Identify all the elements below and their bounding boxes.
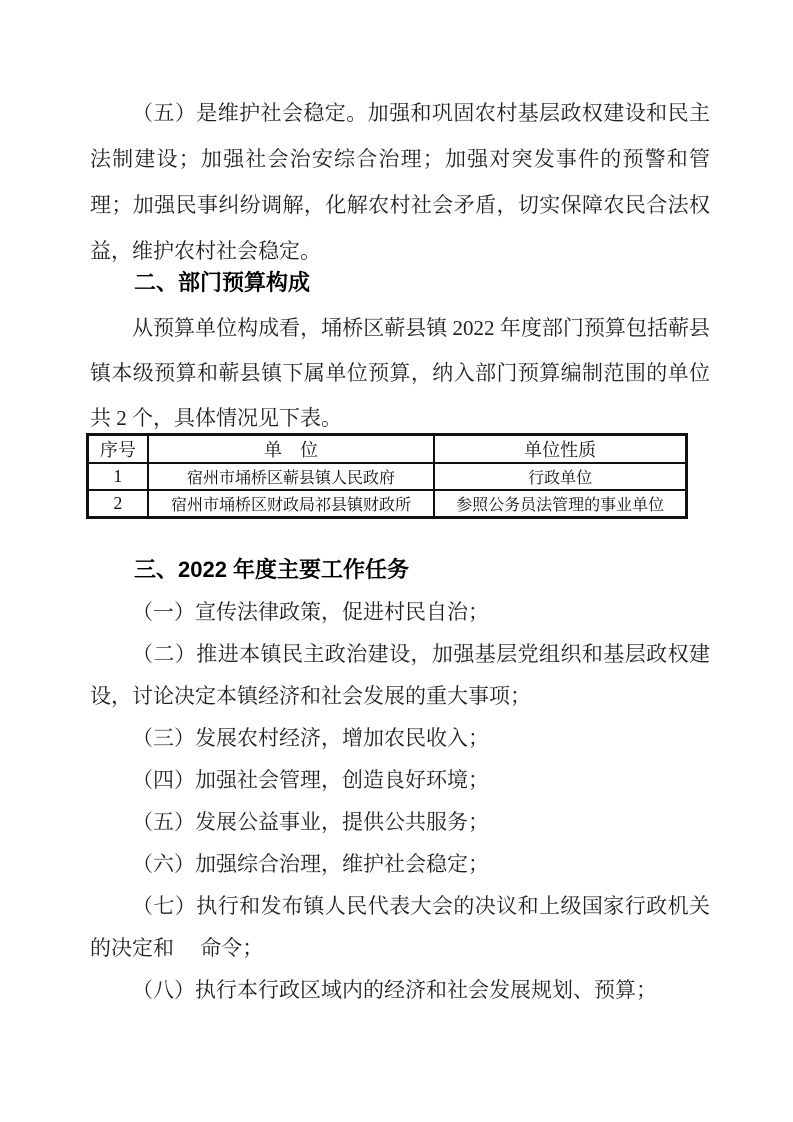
document-content: （五）是维护社会稳定。加强和巩固农村基层政权建设和民主法制建设；加强社会治安综合… (90, 90, 710, 1011)
task-item-8: （八）执行本行政区域内的经济和社会发展规划、预算； (90, 969, 710, 1011)
section-3-heading: 三、2022 年度主要工作任务 (90, 555, 710, 585)
row-1-index: 1 (88, 463, 148, 490)
row-2-unit-type: 参照公务员法管理的事业单位 (434, 490, 686, 518)
table-row: 2 宿州市埇桥区财政局祁县镇财政所 参照公务员法管理的事业单位 (88, 490, 687, 518)
row-1-unit-type: 行政单位 (434, 463, 686, 490)
task-item-6: （六）加强综合治理，维护社会稳定； (90, 843, 710, 885)
table-row: 1 宿州市埇桥区蕲县镇人民政府 行政单位 (88, 463, 687, 490)
row-2-index: 2 (88, 490, 148, 518)
section-2-intro-paragraph: 从预算单位构成看，埇桥区蕲县镇 2022 年度部门预算包括蕲县镇本级预算和蕲县镇… (90, 306, 710, 441)
paragraph-social-stability: （五）是维护社会稳定。加强和巩固农村基层政权建设和民主法制建设；加强社会治安综合… (90, 90, 710, 274)
row-1-unit: 宿州市埇桥区蕲县镇人民政府 (148, 463, 434, 490)
task-item-4: （四）加强社会管理，创造良好环境； (90, 759, 710, 801)
section-2-heading: 二、部门预算构成 (90, 268, 710, 298)
task-item-1: （一）宣传法律政策，促进村民自治； (90, 591, 710, 633)
row-2-unit: 宿州市埇桥区财政局祁县镇财政所 (148, 490, 434, 518)
task-item-7: （七）执行和发布镇人民代表大会的决议和上级国家行政机关的决定和 命令； (90, 885, 710, 969)
column-header-unit-type: 单位性质 (434, 435, 686, 464)
document-page: （五）是维护社会稳定。加强和巩固农村基层政权建设和民主法制建设；加强社会治安综合… (0, 0, 793, 1122)
budget-units-table: 序号 单 位 单位性质 1 宿州市埇桥区蕲县镇人民政府 行政单位 2 宿州市埇桥… (86, 433, 688, 519)
task-item-2: （二）推进本镇民主政治建设，加强基层党组织和基层政权建设，讨论决定本镇经济和社会… (90, 633, 710, 717)
task-item-5: （五）发展公益事业，提供公共服务； (90, 801, 710, 843)
task-item-3: （三）发展农村经济，增加农民收入； (90, 717, 710, 759)
